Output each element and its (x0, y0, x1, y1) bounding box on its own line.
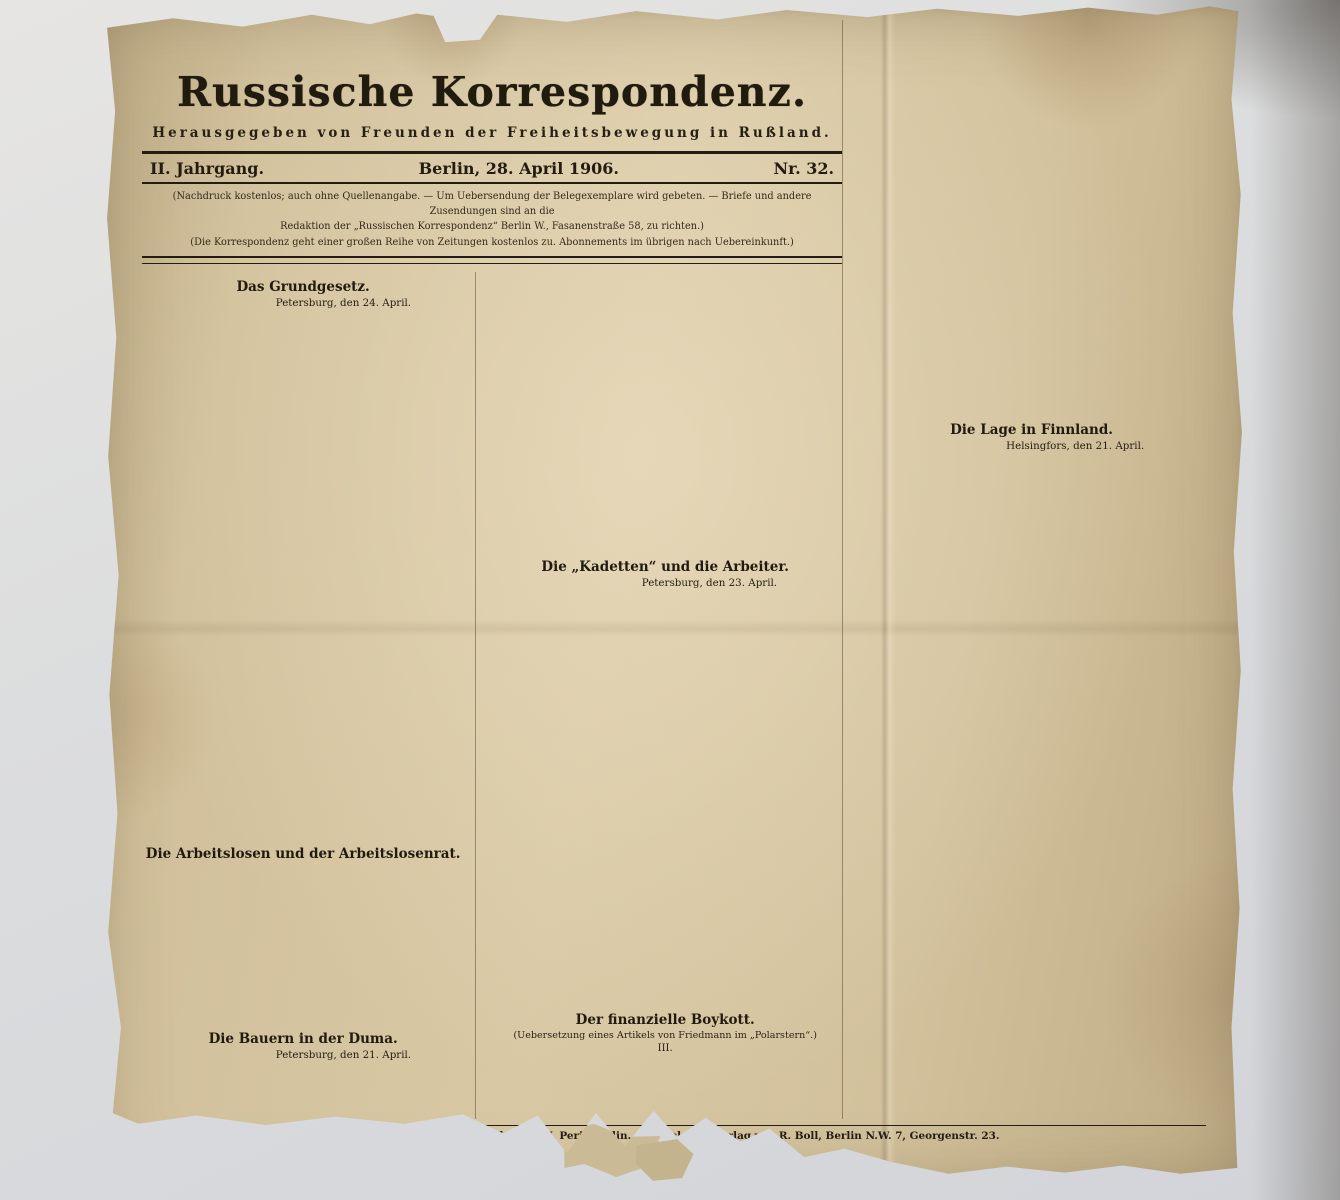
notice-rule (142, 256, 842, 264)
article-part-number: III. (488, 1043, 842, 1054)
article-title-kadetten: Die „Kadetten“ und die Arbeiter. (488, 559, 842, 575)
notice-line: (Nachdruck kostenlos; auch ohne Quellena… (146, 189, 838, 219)
notice-line: (Die Korrespondenz geht einer großen Rei… (146, 235, 838, 250)
issue-number: Nr. 32. (774, 159, 835, 178)
article-body-grundgesetz (142, 339, 464, 839)
article-title-finnland: Die Lage in Finnland. (857, 422, 1206, 438)
article-body-finnland (857, 482, 1206, 1086)
article-continuation-bauern (488, 272, 842, 552)
article-dateline: Petersburg, den 21. April. (223, 1049, 465, 1061)
article-body-arbeitslose (142, 864, 464, 1024)
column-3: Die Lage in Finnland. Helsingfors, den 2… (842, 20, 1206, 1119)
article-body-boykott (488, 1056, 842, 1100)
article-subtitle-boykott: (Uebersetzung eines Artikels von Friedma… (488, 1030, 842, 1041)
article-body-kadetten (488, 619, 842, 1005)
article-dateline: Helsingfors, den 21. April. (944, 440, 1206, 452)
imprint-line: Verantwortlich für die Redaktion: J. Per… (142, 1126, 1206, 1142)
newspaper-content: Russische Korrespondenz. Herausgegeben v… (142, 20, 1206, 1142)
column-2: Die „Kadetten“ und die Arbeiter. Petersb… (475, 272, 842, 1119)
article-body-bauern (142, 1091, 464, 1119)
photo-backdrop: Russische Korrespondenz. Herausgegeben v… (0, 0, 1340, 1200)
article-title-grundgesetz: Das Grundgesetz. (142, 279, 464, 295)
newspaper-title: Russische Korrespondenz. (142, 72, 842, 113)
article-dateline: Petersburg, den 24. April. (223, 297, 465, 309)
article-title-bauern: Die Bauern in der Duma. (142, 1031, 464, 1047)
date-label: Berlin, 28. April 1906. (419, 159, 619, 178)
article-continuation-boykott (857, 123, 1206, 415)
volume-label: II. Jahrgang. (150, 159, 264, 178)
publisher-notice: (Nachdruck kostenlos; auch ohne Quellena… (142, 184, 842, 256)
date-row: II. Jahrgang. Berlin, 28. April 1906. Nr… (142, 154, 842, 182)
article-title-boykott: Der finanzielle Boykott. (488, 1012, 842, 1028)
article-title-arbeitslose: Die Arbeitslosen und der Arbeitslosenrat… (142, 846, 464, 862)
newspaper-sheet: Russische Korrespondenz. Herausgegeben v… (92, 4, 1250, 1194)
column-1: Das Grundgesetz. Petersburg, den 24. Apr… (142, 272, 475, 1119)
notice-line: Redaktion der „Russischen Korrespondenz“… (146, 219, 838, 234)
article-dateline: Petersburg, den 23. April. (577, 577, 842, 589)
newspaper-subtitle: Herausgegeben von Freunden der Freiheits… (142, 125, 842, 141)
masthead: Russische Korrespondenz. Herausgegeben v… (142, 20, 842, 141)
left-page-section: Russische Korrespondenz. Herausgegeben v… (142, 20, 842, 1119)
backdrop-shadow-right (1250, 0, 1340, 1200)
